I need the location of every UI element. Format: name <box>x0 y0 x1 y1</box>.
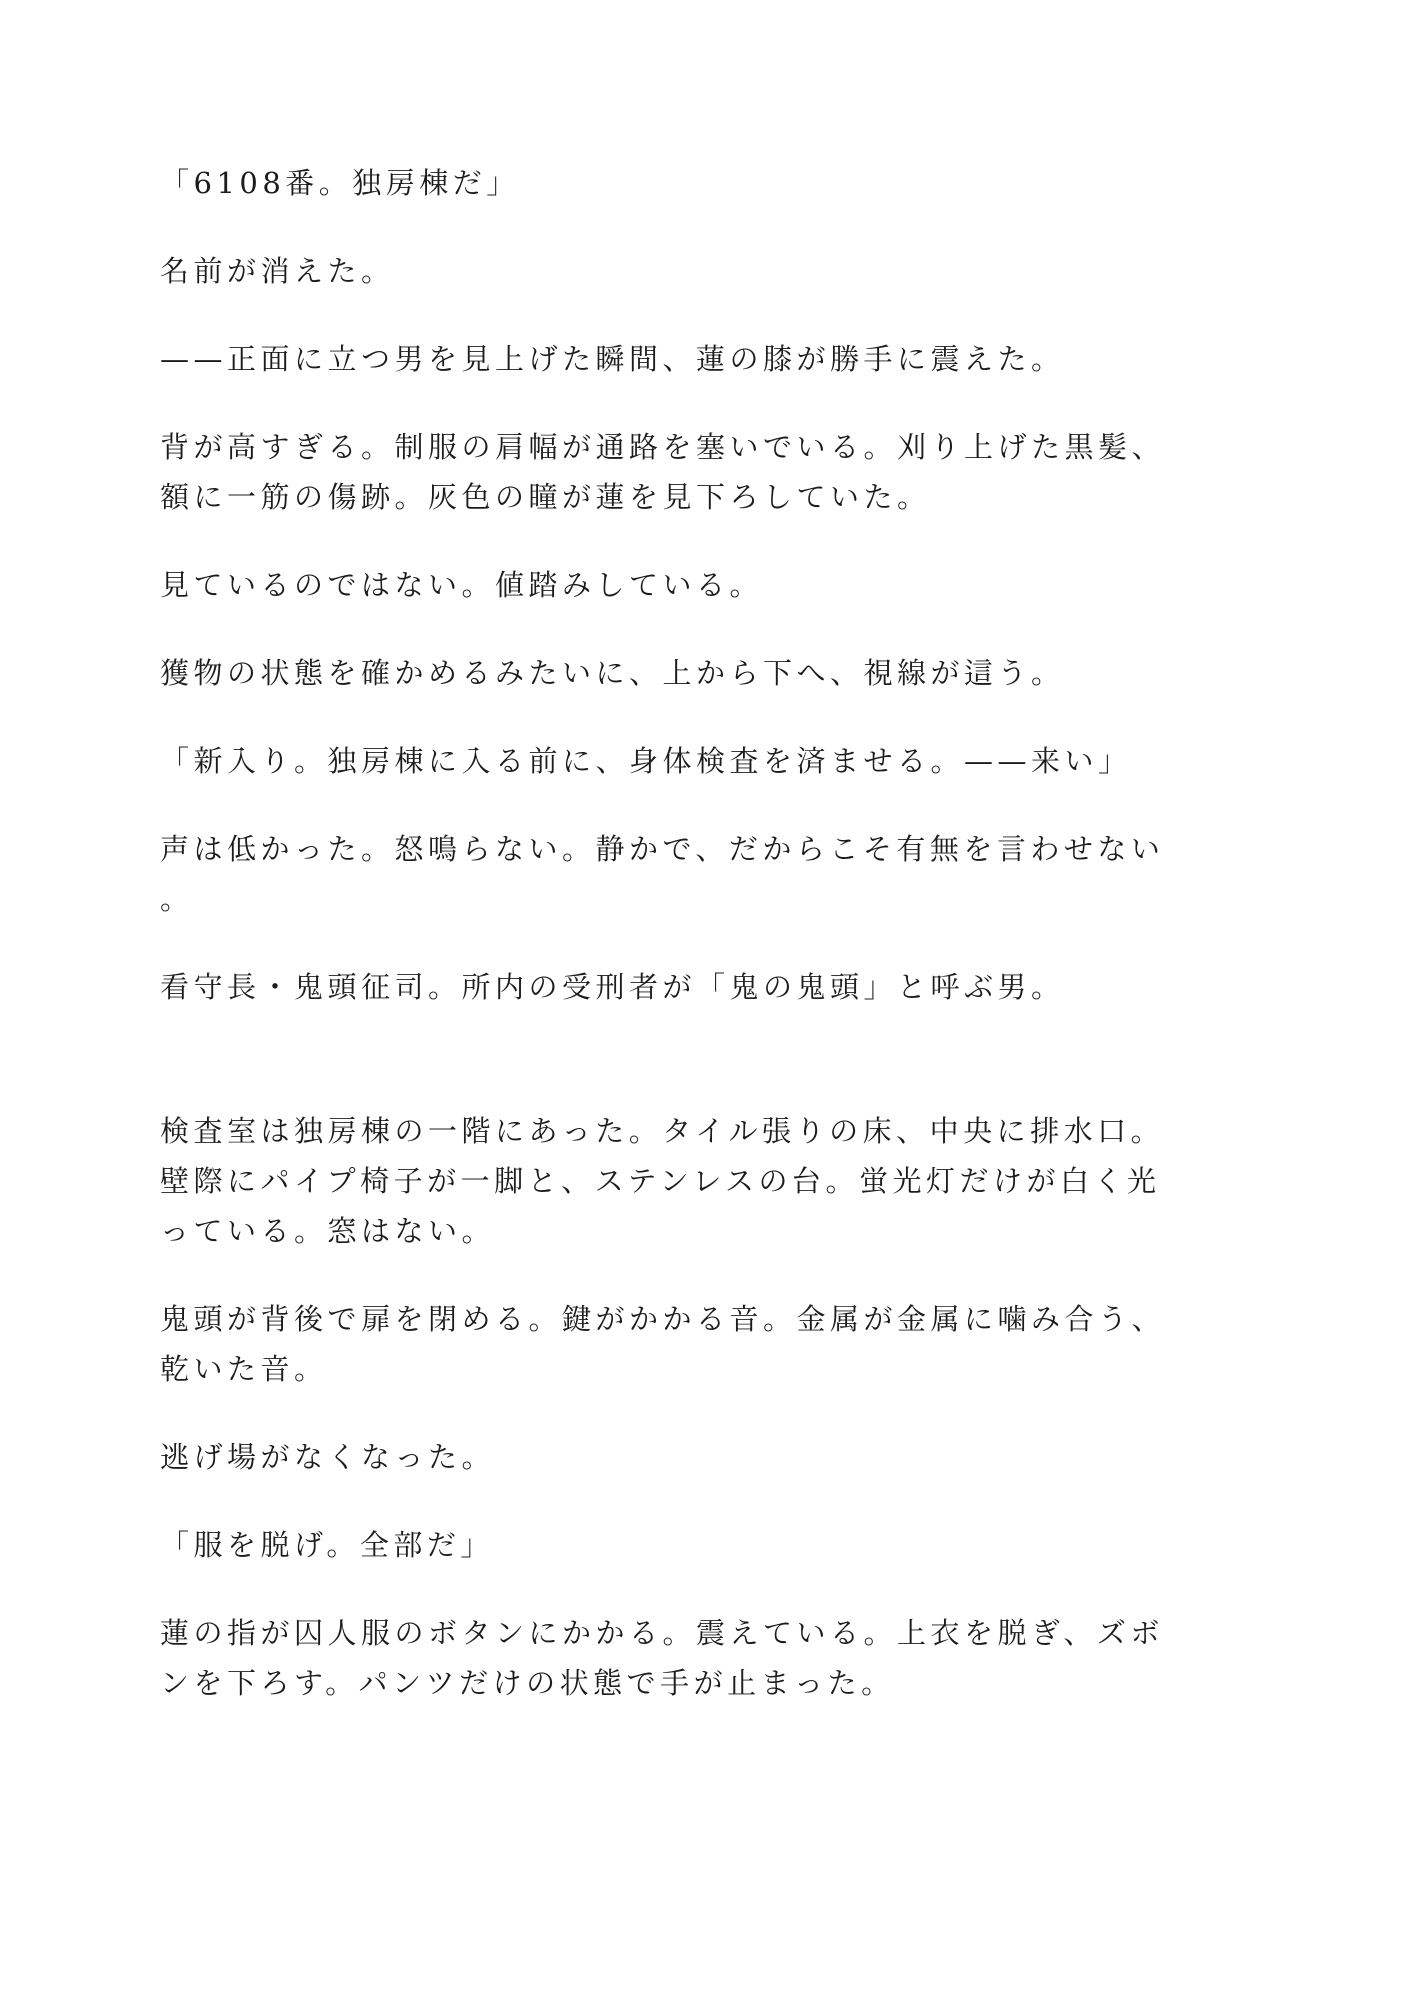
paragraph: 「新入り。独房棟に入る前に、身体検査を済ませる。——来い」 <box>160 736 1260 786</box>
paragraph: 逃げ場がなくなった。 <box>160 1432 1260 1482</box>
paragraph: 「6108番。独房棟だ」 <box>160 158 1260 208</box>
text-section-2: 検査室は独房棟の一階にあった。タイル張りの床、中央に排水口。 壁際にパイプ椅子が… <box>160 1106 1260 1708</box>
paragraph: 名前が消えた。 <box>160 246 1260 296</box>
paragraph: 検査室は独房棟の一階にあった。タイル張りの床、中央に排水口。 壁際にパイプ椅子が… <box>160 1106 1260 1256</box>
paragraph: 蓮の指が囚人服のボタンにかかる。震えている。上衣を脱ぎ、ズボ ンを下ろす。パンツ… <box>160 1608 1260 1708</box>
paragraph: 看守長・鬼頭征司。所内の受刑者が「鬼の鬼頭」と呼ぶ男。 <box>160 962 1260 1012</box>
paragraph: ——正面に立つ男を見上げた瞬間、蓮の膝が勝手に震えた。 <box>160 334 1260 384</box>
paragraph: 鬼頭が背後で扉を閉める。鍵がかかる音。金属が金属に噛み合う、 乾いた音。 <box>160 1294 1260 1394</box>
paragraph: 見ているのではない。値踏みしている。 <box>160 560 1260 610</box>
paragraph: 獲物の状態を確かめるみたいに、上から下へ、視線が這う。 <box>160 648 1260 698</box>
scene-break-spacer <box>160 1050 1260 1106</box>
document-page: 「6108番。独房棟だ」 名前が消えた。 ——正面に立つ男を見上げた瞬間、蓮の膝… <box>0 0 1415 2000</box>
paragraph: 「服を脱げ。全部だ」 <box>160 1520 1260 1570</box>
paragraph: 背が高すぎる。制服の肩幅が通路を塞いでいる。刈り上げた黒髪、 額に一筋の傷跡。灰… <box>160 422 1260 522</box>
paragraph: 声は低かった。怒鳴らない。静かで、だからこそ有無を言わせない 。 <box>160 824 1260 924</box>
text-section-1: 「6108番。独房棟だ」 名前が消えた。 ——正面に立つ男を見上げた瞬間、蓮の膝… <box>160 158 1260 1012</box>
